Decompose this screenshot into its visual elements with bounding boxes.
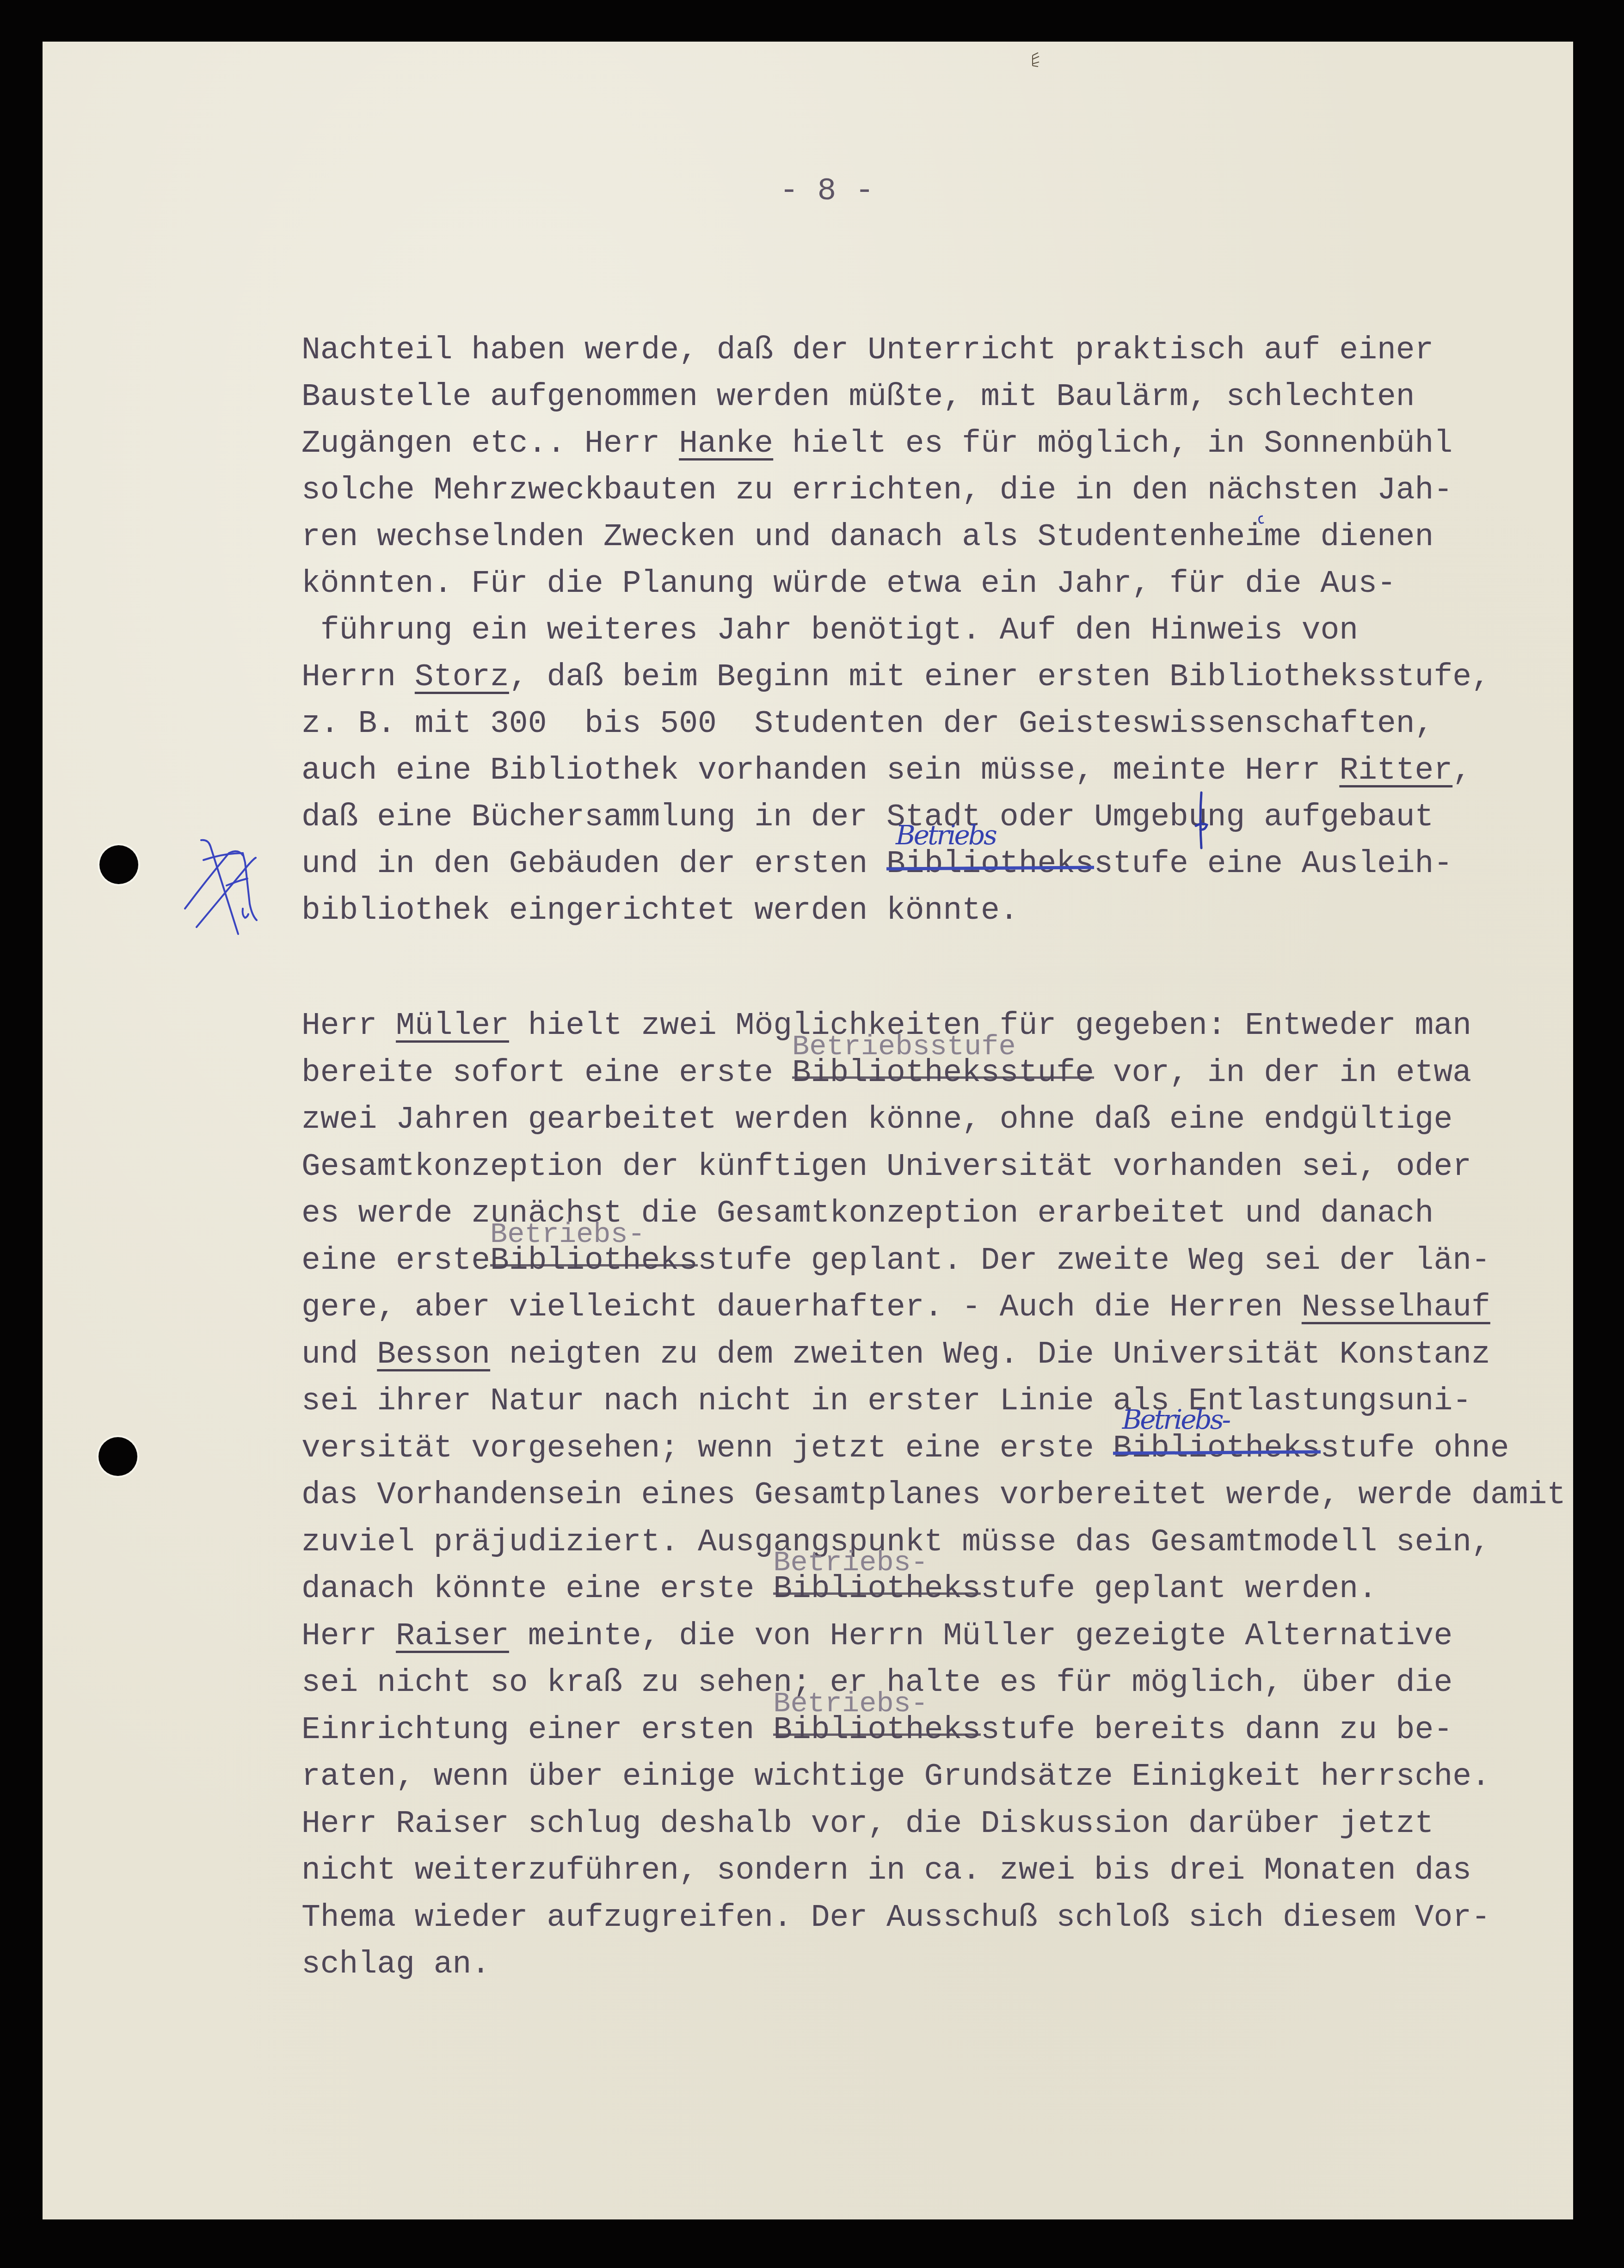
text-line: das Vorhandensein eines Gesamtplanes vor… [301, 1477, 1566, 1514]
struck-word: BibliotheksBetriebs- [773, 1712, 981, 1748]
underlined-name: Storz [415, 659, 509, 695]
text-line: raten, wenn über einige wichtige Grundsä… [301, 1758, 1490, 1795]
text-segment: stufe geplant werden. [981, 1571, 1377, 1607]
punch-hole-top [99, 845, 138, 884]
text-line: Herrn Storz, daß beim Beginn mit einer e… [301, 659, 1490, 696]
text-segment: raten, wenn über einige wichtige Grundsä… [301, 1759, 1490, 1795]
typed-insertion: Betriebs- [490, 1216, 645, 1253]
text-line: daß eine Büchersammlung in der Stadt ode… [301, 799, 1433, 836]
text-segment: Thema wieder aufzugreifen. Der Ausschuß … [301, 1900, 1490, 1936]
handwritten-correction-e-icon [1256, 513, 1266, 527]
handwritten-initials-icon [183, 835, 271, 941]
text-line: Nachteil haben werde, daß der Unterricht… [301, 332, 1433, 369]
text-line: solche Mehrzweckbauten zu errichten, die… [301, 472, 1452, 509]
struck-word: BibliotheksBetriebs [886, 846, 1094, 882]
text-segment: stufe eine Ausleih- [1094, 846, 1452, 882]
underlined-name: Raiser [396, 1618, 509, 1654]
underlined-name: Nesselhauf [1302, 1290, 1490, 1325]
text-segment: stufe geplant. Der zweite Weg sei der lä… [698, 1243, 1490, 1278]
text-line: bereite sofort eine erste Bibliotheksstu… [301, 1055, 1471, 1092]
text-segment: gere, aber vielleicht dauerhafter. - Auc… [301, 1290, 1302, 1325]
struck-word: BibliotheksBetriebs- [1113, 1431, 1321, 1466]
text-segment: sei ihrer Natur nach nicht in erster Lin… [301, 1383, 1471, 1419]
text-segment: und in den Gebäuden der ersten [301, 846, 886, 882]
text-line: eine ersteBibliotheksBetriebs-stufe gepl… [301, 1242, 1490, 1279]
text-segment: Baustelle aufgenommen werden müßte, mit … [301, 379, 1415, 415]
text-segment: vor, in der in etwa [1094, 1055, 1471, 1091]
text-segment: neigten zu dem zweiten Weg. Die Universi… [490, 1337, 1490, 1372]
punch-hole-bottom [98, 1437, 137, 1476]
underlined-name: Hanke [679, 426, 773, 461]
struck-word: BibliotheksBetriebs- [773, 1571, 981, 1607]
text-segment: hielt es für möglich, in Sonnenbühl [773, 426, 1452, 461]
text-line: Baustelle aufgenommen werden müßte, mit … [301, 379, 1415, 416]
pencil-mark-icon [1029, 52, 1047, 70]
text-line: zwei Jahren gearbeitet werden könne, ohn… [301, 1101, 1452, 1138]
text-segment: Herrn [301, 659, 415, 695]
text-segment: Herr Raiser schlug deshalb vor, die Disk… [301, 1806, 1433, 1842]
text-segment: Zugängen etc.. Herr [301, 426, 679, 461]
handwritten-insertion: Betriebs- [1122, 1401, 1229, 1438]
text-segment: nicht weiterzuführen, sondern in ca. zwe… [301, 1853, 1471, 1888]
text-line: Herr Raiser meinte, die von Herrn Müller… [301, 1618, 1452, 1655]
text-segment: Gesamtkonzeption der künftigen Universit… [301, 1149, 1471, 1185]
text-line: Thema wieder aufzugreifen. Der Ausschuß … [301, 1899, 1490, 1936]
underlined-name: Ritter [1339, 753, 1452, 788]
text-line: auch eine Bibliothek vorhanden sein müss… [301, 752, 1471, 789]
text-line: Herr Raiser schlug deshalb vor, die Disk… [301, 1806, 1433, 1843]
handwritten-correction-f-icon [1193, 791, 1212, 851]
text-segment: , daß beim Beginn mit einer ersten Bibli… [509, 659, 1490, 695]
text-segment: führung ein weiteres Jahr benötigt. Auf … [301, 613, 1358, 648]
text-line: nicht weiterzuführen, sondern in ca. zwe… [301, 1852, 1471, 1889]
text-line: Gesamtkonzeption der künftigen Universit… [301, 1149, 1471, 1186]
text-line: und in den Gebäuden der ersten Bibliothe… [301, 846, 1452, 883]
handwritten-insertion: Betriebs [896, 817, 996, 854]
typed-insertion: Betriebsstufe [792, 1028, 1016, 1065]
text-segment: zwei Jahren gearbeitet werden könne, ohn… [301, 1102, 1452, 1137]
text-line: z. B. mit 300 bis 500 Studenten der Geis… [301, 706, 1433, 743]
text-line: führung ein weiteres Jahr benötigt. Auf … [301, 612, 1358, 649]
text-line: es werde zunächst die Gesamtkonzeption e… [301, 1195, 1433, 1232]
text-segment: z. B. mit 300 bis 500 Studenten der Geis… [301, 706, 1433, 742]
text-segment: , [1452, 753, 1471, 788]
text-line: gere, aber vielleicht dauerhafter. - Auc… [301, 1289, 1490, 1326]
text-segment: solche Mehrzweckbauten zu errichten, die… [301, 473, 1452, 508]
text-segment: daß eine Büchersammlung in der Stadt ode… [301, 799, 1433, 835]
typed-insertion: Betriebs- [773, 1685, 928, 1722]
text-line: und Besson neigten zu dem zweiten Weg. D… [301, 1336, 1490, 1373]
text-line: könnten. Für die Planung würde etwa ein … [301, 565, 1396, 602]
text-line: Einrichtung einer ersten BibliotheksBetr… [301, 1712, 1452, 1749]
text-segment: Herr [301, 1008, 396, 1044]
text-segment: und [301, 1337, 377, 1372]
text-segment: Einrichtung einer ersten [301, 1712, 773, 1748]
text-segment: könnten. Für die Planung würde etwa ein … [301, 566, 1396, 602]
text-segment: es werde zunächst die Gesamtkonzeption e… [301, 1196, 1433, 1231]
text-line: danach könnte eine erste BibliotheksBetr… [301, 1571, 1377, 1608]
text-segment: versität vorgesehen; wenn jetzt eine ers… [301, 1431, 1113, 1466]
text-segment: Herr [301, 1618, 396, 1654]
text-segment: danach könnte eine erste [301, 1571, 773, 1607]
page-number: - 8 - [0, 173, 1624, 209]
text-segment: bibliothek eingerichtet werden könnte. [301, 893, 1019, 928]
text-segment: stufe ohne [1321, 1431, 1509, 1466]
text-segment: stufe bereits dann zu be- [981, 1712, 1452, 1748]
text-line: schlag an. [301, 1946, 490, 1983]
underlined-name: Besson [377, 1337, 490, 1372]
typed-insertion: Betriebs- [773, 1544, 928, 1581]
text-segment: auch eine Bibliothek vorhanden sein müss… [301, 753, 1339, 788]
text-segment: bereite sofort eine erste [301, 1055, 792, 1091]
text-segment: meinte, die von Herrn Müller gezeigte Al… [509, 1618, 1452, 1654]
struck-word: BibliotheksstufeBetriebsstufe [792, 1055, 1094, 1091]
text-segment: das Vorhandensein eines Gesamtplanes vor… [301, 1477, 1566, 1513]
underlined-name: Müller [396, 1008, 509, 1044]
text-segment: eine erste [301, 1243, 490, 1278]
text-line: sei ihrer Natur nach nicht in erster Lin… [301, 1383, 1471, 1420]
text-segment: Nachteil haben werde, daß der Unterricht… [301, 332, 1433, 368]
text-line: bibliothek eingerichtet werden könnte. [301, 892, 1019, 929]
text-line: Zugängen etc.. Herr Hanke hielt es für m… [301, 425, 1452, 462]
struck-word: BibliotheksBetriebs- [490, 1243, 698, 1278]
text-segment: schlag an. [301, 1947, 490, 1982]
text-line: versität vorgesehen; wenn jetzt eine ers… [301, 1430, 1509, 1467]
